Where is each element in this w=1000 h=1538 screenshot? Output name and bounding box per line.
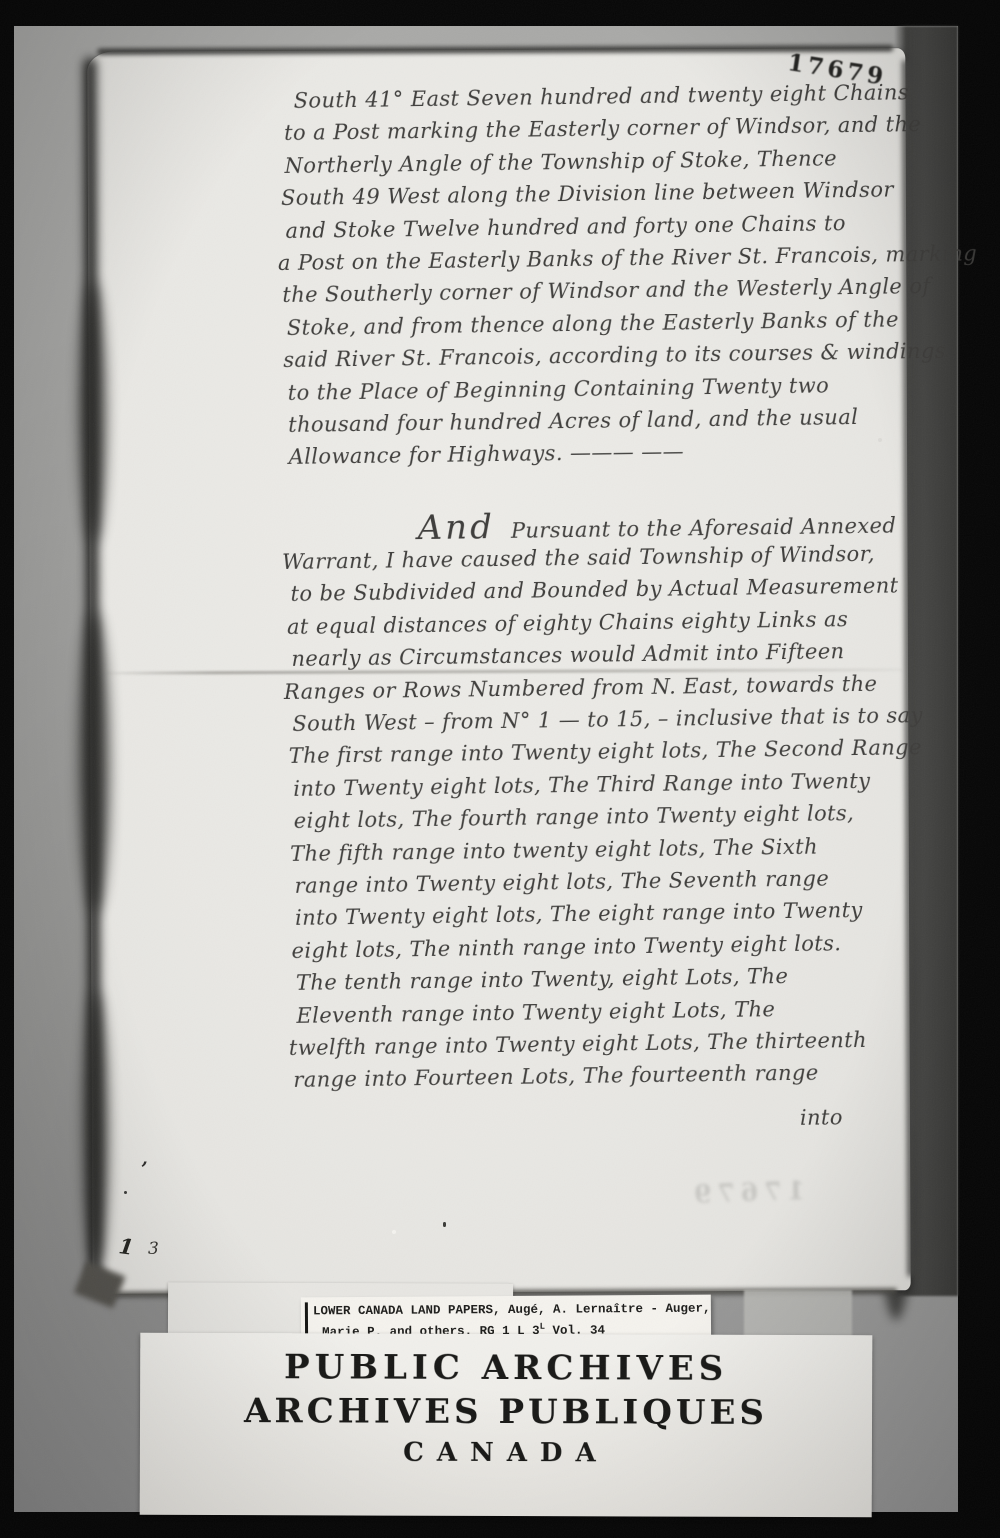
- public-archives-card: PUBLIC ARCHIVES ARCHIVES PUBLIQUES CANAD…: [140, 1333, 873, 1518]
- paragraph-opening-word: And: [417, 507, 495, 548]
- archives-stamp-line-3: CANADA: [140, 1437, 872, 1470]
- paper-edge-bulge: [79, 282, 106, 542]
- bleed-through-stamp: 17679: [688, 1176, 806, 1209]
- manuscript-page: 17679 South 41° East Seven hundred and t…: [87, 48, 910, 1294]
- archives-stamp-line-2: ARCHIVES PUBLIQUES: [140, 1391, 872, 1434]
- archives-stamp-line-1: PUBLIC ARCHIVES: [140, 1347, 872, 1390]
- pencil-mark-three: 3: [148, 1239, 159, 1259]
- dust-speck: [392, 1230, 396, 1234]
- dust-speck: [443, 1222, 446, 1227]
- pencil-mark-apostrophe: ’: [141, 1158, 148, 1180]
- dust-speck: [878, 438, 882, 442]
- microfilm-scan: 17679 South 41° East Seven hundred and t…: [0, 0, 1000, 1538]
- pencil-dot: [124, 1191, 127, 1194]
- paper-edge-bulge: [83, 992, 108, 1262]
- manuscript-closing-word: into: [800, 1100, 922, 1134]
- handwritten-text-block: South 41° East Seven hundred and twenty …: [283, 76, 922, 1141]
- paper-edge-bulge: [79, 612, 110, 912]
- label-line-1: LOWER CANADA LAND PAPERS, Augé, A. Lerna…: [313, 1301, 711, 1321]
